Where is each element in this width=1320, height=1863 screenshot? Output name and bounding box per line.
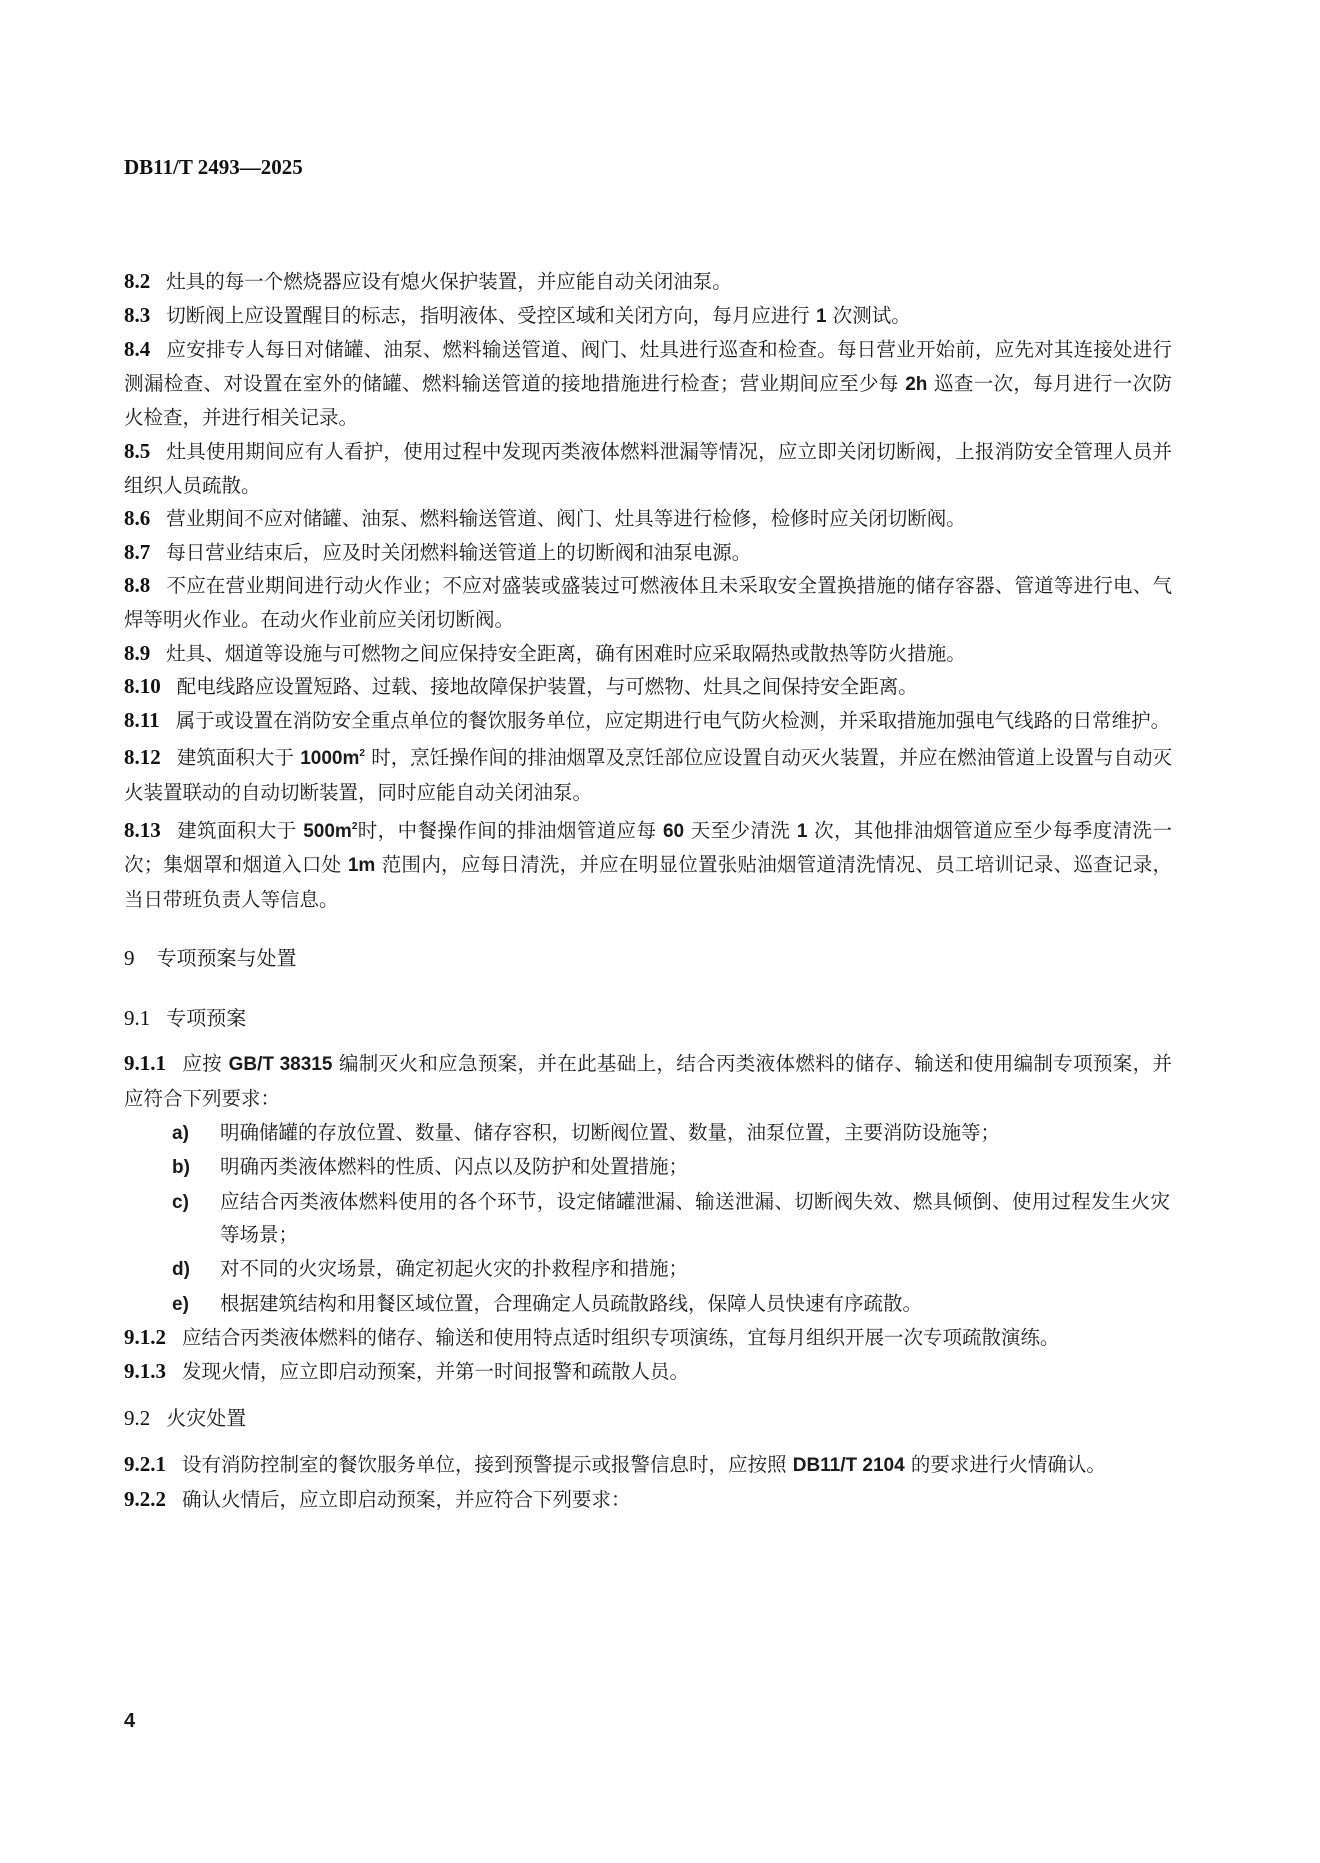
list-text: 对不同的火灾场景，确定初起火灾的扑救程序和措施； xyxy=(220,1252,1170,1286)
clause-number: 8.4 xyxy=(124,337,150,361)
clause-text: 发现火情，应立即启动预案，并第一时间报警和疏散人员。 xyxy=(182,1360,689,1383)
clause-8-5: 8.5灶具使用期间应有人看护，使用过程中发现丙类液体燃料泄漏等情况，应立即关闭切… xyxy=(124,435,1172,502)
section-title: 火灾处置 xyxy=(166,1406,246,1430)
clause-text: 灶具、烟道等设施与可燃物之间应保持安全距离，确有困难时应采取隔热或散热等防火措施… xyxy=(166,642,966,665)
clause-text: 的要求进行火情确认。 xyxy=(911,1453,1106,1476)
clause-8-3: 8.3切断阀上应设置醒目的标志，指明液体、受控区域和关闭方向，每月应进行 1 次… xyxy=(124,299,1172,334)
clause-number: 8.2 xyxy=(124,269,150,293)
section-9-2-heading: 9.2火灾处置 xyxy=(124,1402,1172,1436)
clause-number: 8.8 xyxy=(124,573,150,597)
section-9-1-heading: 9.1专项预案 xyxy=(124,1002,1172,1036)
clause-9-1-3: 9.1.3发现火情，应立即启动预案，并第一时间报警和疏散人员。 xyxy=(124,1355,1172,1389)
bold-value: 60 xyxy=(663,821,684,842)
clause-8-13: 8.13建筑面积大于 500m2时，中餐操作间的排油烟管道应每 60 天至少清洗… xyxy=(124,810,1172,917)
clause-text: 建筑面积大于 xyxy=(177,819,297,842)
clause-9-2-2: 9.2.2确认火情后，应立即启动预案，并应符合下列要求： xyxy=(124,1483,1172,1517)
list-item-e: e)根据建筑结构和用餐区域位置，合理确定人员疏散路线，保障人员快速有序疏散。 xyxy=(124,1287,1172,1322)
clause-text: 应按 xyxy=(182,1052,222,1075)
bold-value: 1 xyxy=(797,821,808,842)
bold-value: 2h xyxy=(905,374,927,395)
clause-number: 8.10 xyxy=(124,674,161,698)
page-number: 4 xyxy=(124,1710,135,1733)
list-text: 明确储罐的存放位置、数量、储存容积，切断阀位置、数量，油泵位置，主要消防设施等； xyxy=(220,1116,1170,1150)
clause-8-7: 8.7每日营业结束后，应及时关闭燃料输送管道上的切断阀和油泵电源。 xyxy=(124,536,1172,570)
list-label: a) xyxy=(172,1117,220,1151)
section-title: 专项预案 xyxy=(166,1006,246,1030)
clause-8-8: 8.8不应在营业期间进行动火作业；不应对盛装或盛装过可燃液体且未采取安全置换措施… xyxy=(124,569,1172,636)
clause-text: 每日营业结束后，应及时关闭燃料输送管道上的切断阀和油泵电源。 xyxy=(166,541,751,564)
standard-reference: GB/T 38315 xyxy=(229,1054,333,1075)
clause-text: 时，中餐操作间的排油烟管道应每 xyxy=(357,819,656,842)
clause-8-4: 8.4应安排专人每日对储罐、油泵、燃料输送管道、阀门、灶具进行巡查和检查。每日营… xyxy=(124,333,1172,435)
clause-text: 切断阀上应设置醒目的标志，指明液体、受控区域和关闭方向，每月应进行 xyxy=(166,304,810,327)
clause-number: 8.3 xyxy=(124,303,150,327)
clause-8-6: 8.6营业期间不应对储罐、油泵、燃料输送管道、阀门、灶具等进行检修，检修时应关闭… xyxy=(124,502,1172,536)
section-number: 9.2 xyxy=(124,1406,150,1430)
bold-value: 1 xyxy=(816,306,827,327)
list-label: c) xyxy=(172,1186,220,1220)
bold-value: 500m2 xyxy=(303,821,357,842)
area-value: 500m xyxy=(303,821,352,842)
list-item-c: c)应结合丙类液体燃料使用的各个环节，设定储罐泄漏、输送泄漏、切断阀失效、燃具倾… xyxy=(124,1185,1172,1252)
list-text: 根据建筑结构和用餐区域位置，合理确定人员疏散路线，保障人员快速有序疏散。 xyxy=(220,1287,1170,1321)
clause-number: 8.11 xyxy=(124,708,160,732)
clause-9-2-1: 9.2.1设有消防控制室的餐饮服务单位，接到预警提示或报警信息时，应按照 DB1… xyxy=(124,1448,1172,1483)
clause-8-2: 8.2灶具的每一个燃烧器应设有熄火保护装置，并应能自动关闭油泵。 xyxy=(124,265,1172,299)
clause-text: 建筑面积大于 xyxy=(177,746,294,769)
clause-number: 9.1.3 xyxy=(124,1359,166,1383)
list-label: e) xyxy=(172,1288,220,1322)
list-item-b: b)明确丙类液体燃料的性质、闪点以及防护和处置措施； xyxy=(124,1150,1172,1185)
list-text: 明确丙类液体燃料的性质、闪点以及防护和处置措施； xyxy=(220,1150,1170,1184)
section-number: 9 xyxy=(124,946,135,970)
clause-8-9: 8.9灶具、烟道等设施与可燃物之间应保持安全距离，确有困难时应采取隔热或散热等防… xyxy=(124,637,1172,671)
clause-8-10: 8.10配电线路应设置短路、过载、接地故障保护装置，与可燃物、灶具之间保持安全距… xyxy=(124,670,1172,704)
area-value: 1000m xyxy=(300,748,359,769)
clause-text: 天至少清洗 xyxy=(691,819,791,842)
clause-number: 8.13 xyxy=(124,818,161,842)
clause-number: 8.9 xyxy=(124,641,150,665)
clause-text: 设有消防控制室的餐饮服务单位，接到预警提示或报警信息时，应按照 xyxy=(182,1453,787,1476)
clause-number: 8.7 xyxy=(124,540,150,564)
clause-number: 9.2.1 xyxy=(124,1452,166,1476)
clause-number: 9.2.2 xyxy=(124,1487,166,1511)
list-label: b) xyxy=(172,1151,220,1185)
clause-text: 灶具的每一个燃烧器应设有熄火保护装置，并应能自动关闭油泵。 xyxy=(166,270,732,293)
document-id-header: DB11/T 2493—2025 xyxy=(124,155,303,180)
clause-number: 9.1.2 xyxy=(124,1325,166,1349)
clause-8-12: 8.12建筑面积大于 1000m2 时，烹饪操作间的排油烟罩及烹饪部位应设置自动… xyxy=(124,737,1172,809)
clause-text: 灶具使用期间应有人看护，使用过程中发现丙类液体燃料泄漏等情况，应立即关闭切断阀，… xyxy=(124,440,1172,497)
clause-text: 不应在营业期间进行动火作业；不应对盛装或盛装过可燃液体且未采取安全置换措施的储存… xyxy=(124,574,1172,631)
clause-number: 8.5 xyxy=(124,439,150,463)
section-number: 9.1 xyxy=(124,1006,150,1030)
list-label: d) xyxy=(172,1253,220,1287)
clause-8-11: 8.11属于或设置在消防安全重点单位的餐饮服务单位，应定期进行电气防火检测，并采… xyxy=(124,704,1172,738)
clause-number: 8.6 xyxy=(124,506,150,530)
clause-text: 应结合丙类液体燃料的储存、输送和使用特点适时组织专项演练，宜每月组织开展一次专项… xyxy=(182,1326,1060,1349)
list-item-a: a)明确储罐的存放位置、数量、储存容积，切断阀位置、数量，油泵位置，主要消防设施… xyxy=(124,1116,1172,1151)
clause-9-1-1: 9.1.1应按 GB/T 38315 编制灭火和应急预案，并在此基础上，结合丙类… xyxy=(124,1047,1172,1115)
clause-text: 次测试。 xyxy=(833,304,911,327)
list-item-d: d)对不同的火灾场景，确定初起火灾的扑救程序和措施； xyxy=(124,1252,1172,1287)
clause-text: 属于或设置在消防安全重点单位的餐饮服务单位，应定期进行电气防火检测，并采取措施加… xyxy=(176,709,1171,732)
bold-value: 1m xyxy=(348,855,375,876)
standard-reference: DB11/T 2104 xyxy=(793,1455,905,1476)
clause-number: 8.12 xyxy=(124,745,161,769)
clause-text: 确认火情后，应立即启动预案，并应符合下列要求： xyxy=(182,1488,631,1511)
clause-text: 配电线路应设置短路、过载、接地故障保护装置，与可燃物、灶具之间保持安全距离。 xyxy=(177,675,918,698)
clause-text: 营业期间不应对储罐、油泵、燃料输送管道、阀门、灶具等进行检修，检修时应关闭切断阀… xyxy=(166,507,966,530)
section-9-heading: 9专项预案与处置 xyxy=(124,942,1172,976)
page-body: 8.2灶具的每一个燃烧器应设有熄火保护装置，并应能自动关闭油泵。 8.3切断阀上… xyxy=(124,265,1172,1516)
bold-value: 1000m2 xyxy=(300,748,365,769)
superscript: 2 xyxy=(359,748,365,759)
section-title: 专项预案与处置 xyxy=(157,946,297,970)
list-text: 应结合丙类液体燃料使用的各个环节，设定储罐泄漏、输送泄漏、切断阀失效、燃具倾倒、… xyxy=(220,1185,1170,1252)
clause-9-1-2: 9.1.2应结合丙类液体燃料的储存、输送和使用特点适时组织专项演练，宜每月组织开… xyxy=(124,1321,1172,1355)
clause-number: 9.1.1 xyxy=(124,1051,166,1075)
